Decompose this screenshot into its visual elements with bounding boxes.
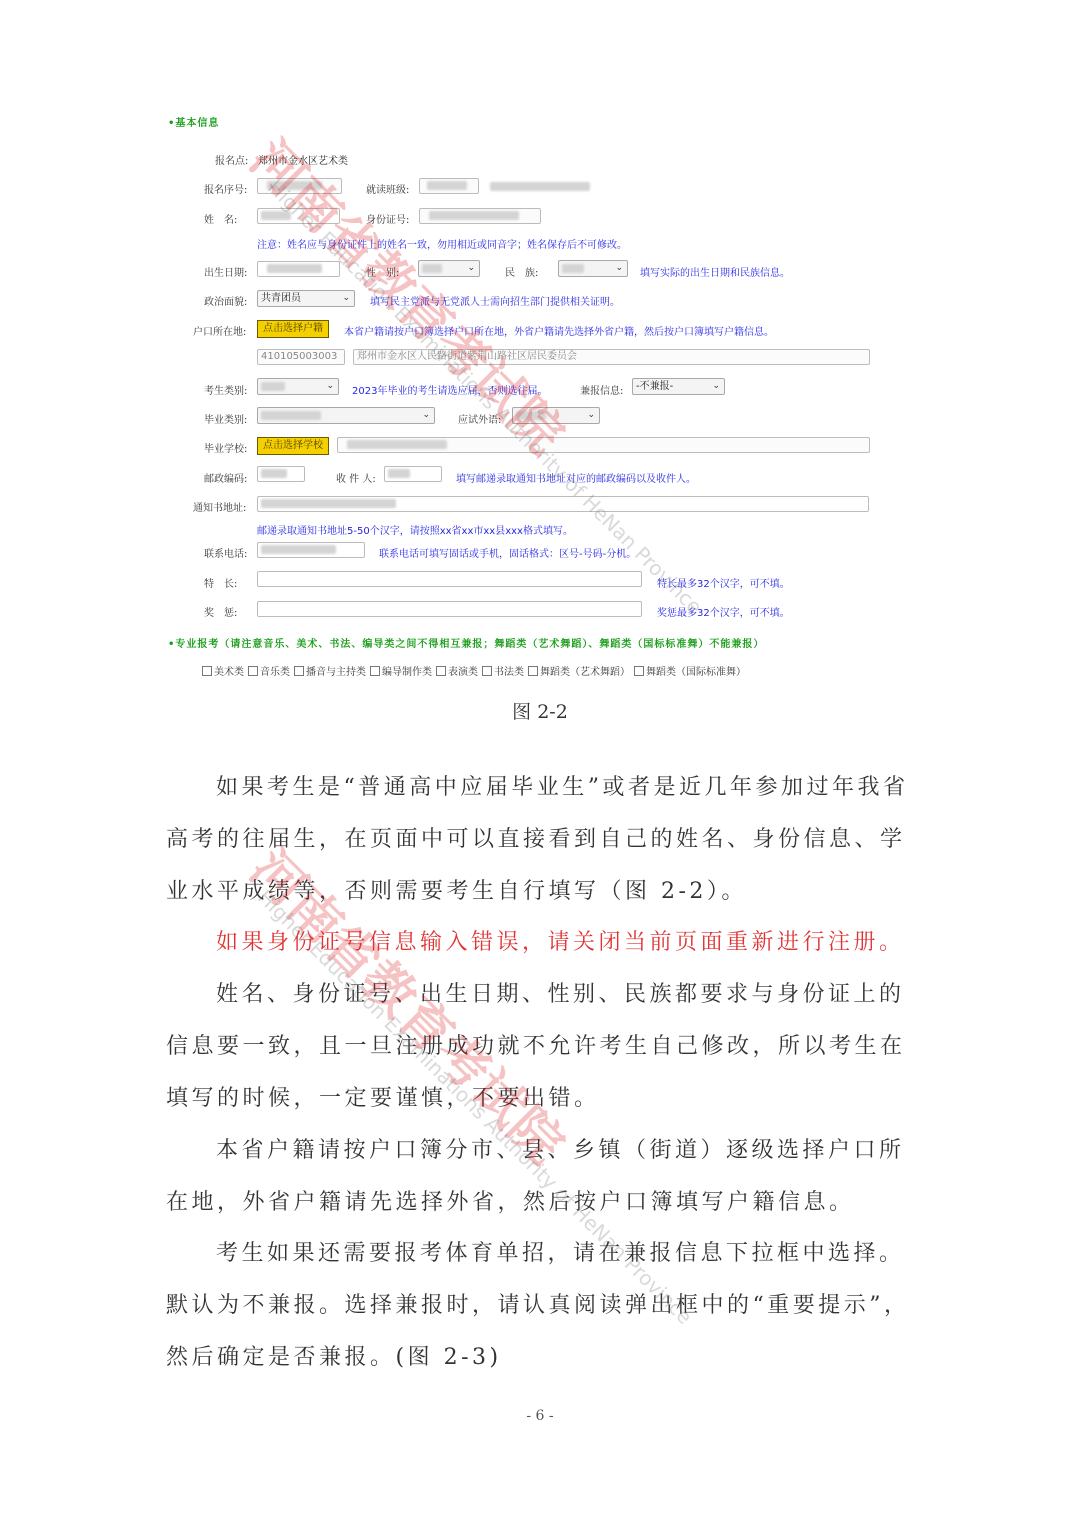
select-school-button[interactable]: 点击选择学校 xyxy=(257,437,329,455)
checkbox-icon xyxy=(634,666,644,676)
checkbox-icon xyxy=(294,666,304,676)
checkbox-icon xyxy=(202,666,212,676)
reg-no-field[interactable] xyxy=(257,178,342,194)
ethnic-label: 民 族: xyxy=(505,264,538,279)
chevron-down-icon: ⌄ xyxy=(326,379,334,394)
exam-site-value: 郑州市金水区艺术类 xyxy=(258,152,348,167)
chevron-down-icon: ⌄ xyxy=(422,408,430,423)
major-checkbox-dance-ballroom[interactable]: 舞蹈类（国际标准舞） xyxy=(634,663,746,678)
phone-label: 联系电话: xyxy=(204,545,247,560)
specialty-field[interactable] xyxy=(257,571,642,587)
exam-site-label: 报名点: xyxy=(215,152,248,167)
checkbox-icon xyxy=(482,666,492,676)
foreign-lang-label: 应试外语: xyxy=(458,411,501,426)
postcode-label: 邮政编码: xyxy=(204,470,247,485)
id-field[interactable] xyxy=(419,208,541,224)
ethnic-select[interactable]: ⌄ xyxy=(558,260,628,277)
major-checkbox-group: 美术类 音乐类 播音与主持类 编导制作类 表演类 书法类 舞蹈类（艺术舞蹈） 舞… xyxy=(202,663,750,678)
paragraph-2: 姓名、身份证号、出生日期、性别、民族都要求与身份证上的信息要一致，且一旦注册成功… xyxy=(166,969,918,1125)
major-checkbox-directing[interactable]: 编导制作类 xyxy=(370,663,432,678)
hukou-code-field[interactable]: 410105003003 xyxy=(257,349,345,365)
political-hint: 填写民主党派与无党派人士需向招生部门提供相关证明。 xyxy=(370,293,620,308)
school-field[interactable] xyxy=(337,437,870,453)
checkbox-icon xyxy=(528,666,538,676)
name-label: 姓 名: xyxy=(204,211,237,226)
phone-hint: 联系电话可填写固话或手机，固话格式：区号-号码-分机。 xyxy=(379,545,636,560)
registration-form-figure: •基本信息 报名点: 郑州市金水区艺术类 报名序号: 就读班级: 姓 名: 身份… xyxy=(160,105,920,685)
chevron-down-icon: ⌄ xyxy=(615,261,623,276)
postcode-field[interactable] xyxy=(257,466,305,482)
foreign-lang-select[interactable]: ⌄ xyxy=(512,407,600,424)
checkbox-icon xyxy=(248,666,258,676)
major-checkbox-art[interactable]: 美术类 xyxy=(202,663,244,678)
checkbox-icon xyxy=(436,666,446,676)
chevron-down-icon: ⌄ xyxy=(467,261,475,276)
birth-hint: 填写实际的出生日期和民族信息。 xyxy=(640,264,790,279)
section-basic-info: •基本信息 xyxy=(168,114,219,129)
paragraph-1: 如果考生是“普通高中应届毕业生”或者是近几年参加过年我省高考的往届生，在页面中可… xyxy=(166,762,918,918)
gender-label: 性 别: xyxy=(366,264,399,279)
candidate-type-label: 考生类别: xyxy=(204,382,247,397)
address-hint: 邮递录取通知书地址5-50个汉字，请按照xx省xx市xx县xxx格式填写。 xyxy=(257,522,573,537)
gender-select[interactable]: ⌄ xyxy=(418,260,480,277)
name-field[interactable] xyxy=(257,208,340,224)
reg-no-label: 报名序号: xyxy=(204,181,247,196)
joint-label: 兼报信息: xyxy=(580,382,623,397)
class-field[interactable] xyxy=(419,178,479,194)
political-label: 政治面貌: xyxy=(204,293,247,308)
postcode-hint: 填写邮递录取通知书地址对应的邮政编码以及收件人。 xyxy=(456,470,696,485)
class-label: 就读班级: xyxy=(366,181,409,196)
candidate-type-hint: 2023年毕业的考生请选应届，否则选往届。 xyxy=(352,382,547,397)
class-name-redacted xyxy=(490,182,590,191)
chevron-down-icon: ⌄ xyxy=(342,291,350,306)
birth-label: 出生日期: xyxy=(204,264,247,279)
specialty-label: 特 长: xyxy=(204,575,237,590)
award-field[interactable] xyxy=(257,601,642,617)
recipient-field[interactable] xyxy=(384,466,442,482)
major-checkbox-music[interactable]: 音乐类 xyxy=(248,663,290,678)
candidate-type-select[interactable]: ⌄ xyxy=(257,378,339,395)
name-note: 注意：姓名应与身份证件上的姓名一致，勿用相近或同音字；姓名保存后不可修改。 xyxy=(257,236,627,251)
political-select[interactable]: 共青团员⌄ xyxy=(257,290,355,307)
joint-select[interactable]: -不兼报-⌄ xyxy=(632,378,725,395)
chevron-down-icon: ⌄ xyxy=(712,379,720,394)
page-number: - 6 - xyxy=(0,1408,1080,1424)
major-checkbox-calligraphy[interactable]: 书法类 xyxy=(482,663,524,678)
paragraph-3: 本省户籍请按户口簿分市、县、乡镇（街道）逐级选择户口所在地，外省户籍请先选择外省… xyxy=(166,1125,918,1229)
birth-field[interactable] xyxy=(257,261,340,277)
grad-type-label: 毕业类别: xyxy=(204,411,247,426)
hukou-hint: 本省户籍请按户口簿选择户口所在地，外省户籍请先选择外省户籍，然后按户口簿填写户籍… xyxy=(344,323,774,338)
grad-type-select[interactable]: ⌄ xyxy=(257,407,435,424)
recipient-label: 收 件 人: xyxy=(336,470,376,485)
checkbox-icon xyxy=(370,666,380,676)
hukou-address-field[interactable]: 郑州市金水区人民路街道紫荆山路社区居民委员会 xyxy=(353,349,870,365)
paragraph-4: 考生如果还需要报考体育单招，请在兼报信息下拉框中选择。默认为不兼报。选择兼报时，… xyxy=(166,1228,918,1384)
id-label: 身份证号: xyxy=(366,211,409,226)
major-checkbox-dance-art[interactable]: 舞蹈类（艺术舞蹈） xyxy=(528,663,630,678)
specialty-hint: 特长最多32个汉字，可不填。 xyxy=(657,575,790,590)
phone-field[interactable] xyxy=(257,542,365,558)
chevron-down-icon: ⌄ xyxy=(587,408,595,423)
section-major: •专业报考（请注意音乐、美术、书法、编导类之间不得相互兼报；舞蹈类（艺术舞蹈）、… xyxy=(168,635,764,650)
paragraph-warning: 如果身份证号信息输入错误，请关闭当前页面重新进行注册。 xyxy=(166,917,918,969)
award-hint: 奖惩最多32个汉字，可不填。 xyxy=(657,604,790,619)
award-label: 奖 惩: xyxy=(204,604,237,619)
hukou-label: 户口所在地: xyxy=(193,323,246,338)
address-label: 通知书地址: xyxy=(193,499,246,514)
major-checkbox-performance[interactable]: 表演类 xyxy=(436,663,478,678)
major-checkbox-broadcast[interactable]: 播音与主持类 xyxy=(294,663,366,678)
school-label: 毕业学校: xyxy=(204,440,247,455)
figure-caption: 图 2-2 xyxy=(0,697,1080,724)
address-field[interactable] xyxy=(257,496,869,512)
select-hukou-button[interactable]: 点击选择户籍 xyxy=(257,320,329,338)
